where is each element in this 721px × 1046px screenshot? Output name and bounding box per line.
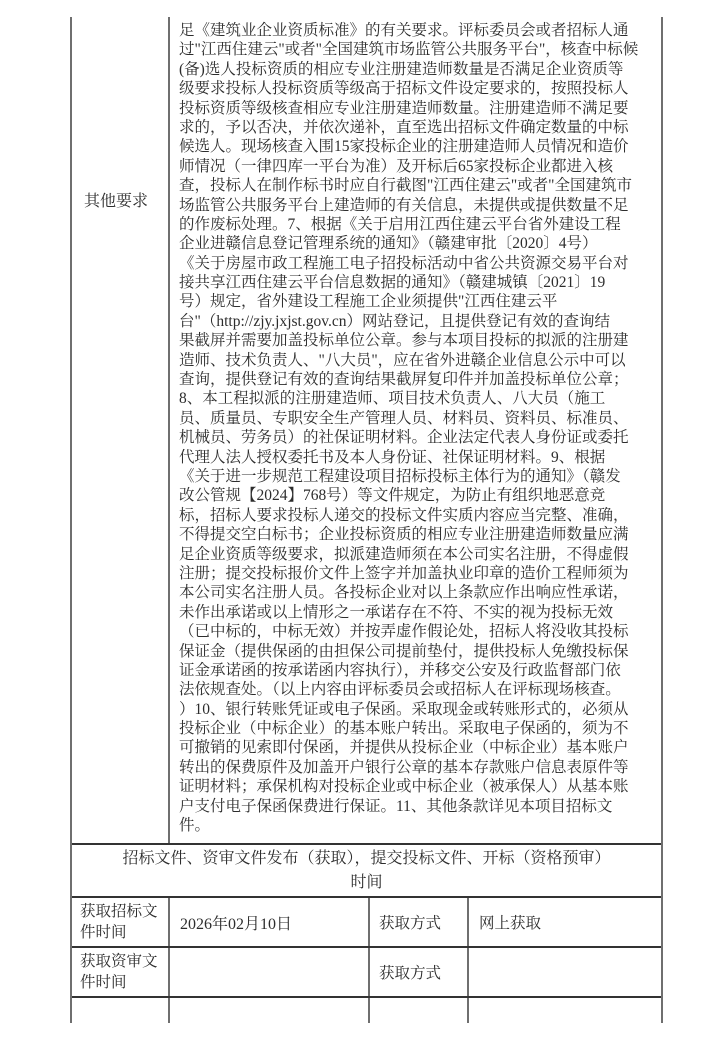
text-line: 《关于进一步规范工程建设项目招标投标主体行为的通知》（赣发	[179, 467, 659, 486]
obtain-prequalification-file-time-label: 获取资审文件时间	[72, 948, 170, 996]
section-header-line-1: 招标文件、资审文件发布（获取），提交投标文件、开标（资格预审）	[122, 847, 610, 871]
partial-cell-2	[170, 998, 370, 1023]
text-line: 不得提交空白标书；企业投标资质的相应专业注册建造师数量应满	[179, 525, 659, 544]
text-line: 机械员、劳务员）的社保证明材料。企业法定代表人身份证或委托	[179, 428, 659, 447]
section-header-line-2: 时间	[350, 871, 382, 895]
obtain-prequalification-file-row: 获取资审文件时间 获取方式	[72, 948, 661, 998]
text-line: 查询，提供登记有效的查询结果截屏复印件并加盖投标单位公章；	[179, 370, 659, 389]
other-requirements-content: 足《建筑业企业资质标准》的有关要求。评标委员会或者招标人通过"江西住建云"或者"…	[170, 17, 661, 843]
text-line: 件。	[179, 816, 659, 835]
text-line: 保证金（提供保函的由担保公司提前垫付，提供投标人免缴投标保	[179, 642, 659, 661]
text-line: 场监管公共服务平台上建造师的有关信息，未提供或提供数量不足	[179, 196, 659, 215]
obtain-tender-file-time-value: 2026年02月10日	[170, 898, 370, 946]
text-line: ）10、银行转账凭证或电子保函。采取现金或转账形式的，必须从	[179, 700, 659, 719]
text-line: 户支付电子保函保费进行保证。11、其他条款详见本项目招标文	[179, 797, 659, 816]
text-line: 过"江西住建云"或者"全国建筑市场监管公共服务平台"，核查中标候	[179, 40, 659, 59]
text-line: 级要求投标人投标资质等级高于招标文件设定要求的，按照投标人	[179, 79, 659, 98]
text-line: 求的，予以否决，并依次递补，直至选出招标文件确定数量的中标	[179, 118, 659, 137]
partial-cell-3	[370, 998, 469, 1023]
text-line: 足《建筑业企业资质标准》的有关要求。评标委员会或者招标人通	[179, 21, 659, 40]
text-line: 造师、技术负责人、"八大员"，应在省外进赣企业信息公示中可以	[179, 351, 659, 370]
text-line: 足企业资质等级要求，拟派建造师须在本公司实名注册，不得虚假	[179, 545, 659, 564]
text-line: 法依规查处。（以上内容由评标委员会或招标人在评标现场核查。	[179, 680, 659, 699]
text-line: 本公司实名注册人员。各投标企业对以上条款应作出响应性承诺，	[179, 583, 659, 602]
text-line: 8、本工程拟派的注册建造师、项目技术负责人、八大员（施工	[179, 389, 659, 408]
partial-cell-4	[469, 998, 661, 1023]
obtain-method-label-2: 获取方式	[370, 948, 469, 996]
text-line: 注册；提交投标报价文件上签字并加盖执业印章的造价工程师须为	[179, 564, 659, 583]
text-line: 标，招标人要求投标人递交的投标文件实质内容应当完整、准确，	[179, 506, 659, 525]
obtain-method-value-1: 网上获取	[469, 898, 661, 946]
obtain-tender-file-time-label: 获取招标文件时间	[72, 898, 170, 946]
text-line: 转出的保费原件及加盖开户银行公章的基本存款账户信息表原件等	[179, 758, 659, 777]
partial-next-row	[72, 998, 661, 1023]
text-line: 可撤销的见索即付保函，并提供从投标企业（中标企业）基本账户	[179, 738, 659, 757]
text-line: 接共享江西住建云平台信息数据的通知》（赣建城镇〔2021〕19	[179, 273, 659, 292]
text-line: 员、质量员、专职安全生产管理人员、材料员、资料员、标准员、	[179, 409, 659, 428]
text-line: 证明材料；承保机构对投标企业或中标企业（被承保人）从基本账	[179, 777, 659, 796]
text-line: 号）规定，省外建设工程施工企业须提供"江西住建云平	[179, 292, 659, 311]
text-line: 投标资质等级核查相应专业注册建造师数量。注册建造师不满足要	[179, 99, 659, 118]
other-requirements-label: 其他要求	[72, 17, 170, 843]
text-line: (备)选人投标资质的相应专业注册建造师数量是否满足企业资质等	[179, 60, 659, 79]
other-requirements-row: 其他要求 足《建筑业企业资质标准》的有关要求。评标委员会或者招标人通过"江西住建…	[72, 17, 661, 845]
text-line: （已中标的，中标无效）并按弄虚作假论处，招标人将没收其投标	[179, 622, 659, 641]
text-line: 《关于房屋市政工程施工电子招投标活动中省公共资源交易平台对	[179, 254, 659, 273]
text-line: 代理人法人授权委托书及本人身份证、社保证明材料。9、根据	[179, 448, 659, 467]
text-line: 的作废标处理。7、根据《关于启用江西住建云平台省外建设工程	[179, 215, 659, 234]
document-page: 其他要求 足《建筑业企业资质标准》的有关要求。评标委员会或者招标人通过"江西住建…	[0, 0, 721, 1046]
section-header-row: 招标文件、资审文件发布（获取），提交投标文件、开标（资格预审） 时间	[72, 845, 661, 898]
text-line: 果截屏并需要加盖投标单位公章。参与本项目投标的拟派的注册建	[179, 331, 659, 350]
obtain-method-label-1: 获取方式	[370, 898, 469, 946]
obtain-prequalification-file-time-value	[170, 948, 370, 996]
text-line: 未作出承诺或以上情形之一承诺存在不符、不实的视为投标无效	[179, 603, 659, 622]
text-line: 台"（http://zjy.jxjst.gov.cn）网站登记，且提供登记有效的…	[179, 312, 659, 331]
text-line: 改公管规【2024】768号）等文件规定，为防止有组织地恶意竞	[179, 486, 659, 505]
text-line: 证金承诺函的按承诺函内容执行），并移交公安及行政监督部门依	[179, 661, 659, 680]
obtain-tender-file-row: 获取招标文件时间 2026年02月10日 获取方式 网上获取	[72, 898, 661, 948]
tender-notice-table: 其他要求 足《建筑业企业资质标准》的有关要求。评标委员会或者招标人通过"江西住建…	[70, 17, 663, 1023]
text-line: 企业进赣信息登记管理系统的通知》（赣建审批〔2020〕4号）	[179, 234, 659, 253]
text-line: 投标企业（中标企业）的基本账户转出。采取电子保函的，须为不	[179, 719, 659, 738]
partial-cell-1	[72, 998, 170, 1023]
text-line: 候选人。现场核查入围15家投标企业的注册建造师人员情况和造价	[179, 137, 659, 156]
text-line: 师情况（一律四库一平台为准）及开标后65家投标企业都进入核	[179, 157, 659, 176]
obtain-method-value-2	[469, 948, 661, 996]
text-line: 查，投标人在制作标书时应自行截图"江西住建云"或者"全国建筑市	[179, 176, 659, 195]
